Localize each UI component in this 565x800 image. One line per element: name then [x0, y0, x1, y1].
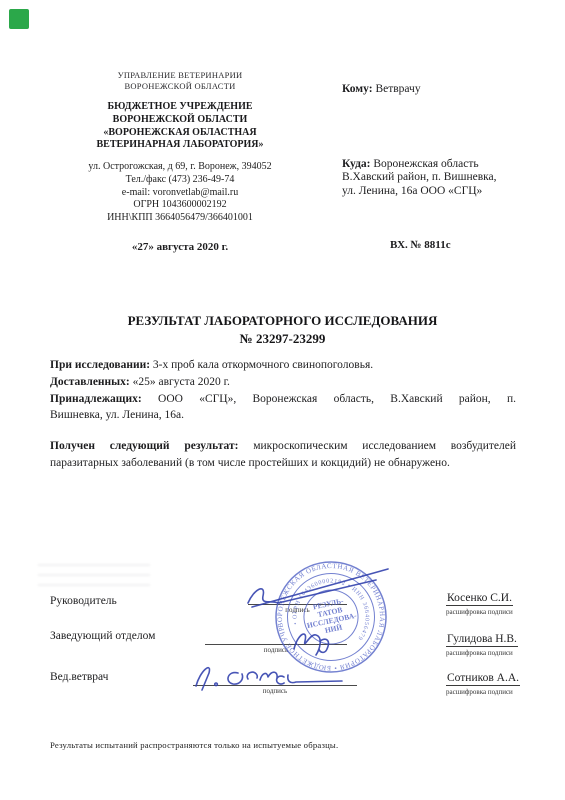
sender-header-block: УПРАВЛЕНИЕ ВЕТЕРИНАРИИ ВОРОНЕЖСКОЙ ОБЛАС…: [36, 70, 324, 253]
inn-kpp-line: ИНН\КПП 3664056479/366401001: [36, 212, 324, 225]
organization-line4: ВЕТЕРИНАРНАЯ ЛАБОРАТОРИЯ»: [36, 139, 324, 152]
signer-name-caption-1: расшифровка подписи: [446, 608, 513, 616]
contact-block: ул. Острогожская, д 69, г. Воронеж, 3940…: [36, 161, 324, 225]
footer-disclaimer: Результаты испытаний распространяются то…: [50, 740, 338, 750]
authority-name-line2: ВОРОНЕЖСКОЙ ОБЛАСТИ: [36, 81, 324, 92]
organization-line1: БЮДЖЕТНОЕ УЧРЕЖДЕНИЕ: [36, 101, 324, 114]
research-value: 3-х проб кала откормочного свинопоголовь…: [153, 359, 373, 371]
recipient-to-line: Кому: Ветврачу: [342, 83, 421, 95]
result-label: Получен следующий результат:: [50, 440, 238, 452]
where-label: Куда:: [342, 158, 370, 170]
green-corner-marker: [9, 9, 29, 29]
signer-name-1: Косенко С.И.: [446, 592, 513, 606]
where-line3: ул. Ленина, 16а ООО «СГЦ»: [342, 185, 556, 198]
handwritten-signatures: [180, 553, 405, 723]
belonging-paragraph-line2: Вишневка, ул. Ленина, 16а.: [50, 407, 516, 424]
phone-fax: Тел./факс (473) 236-49-74: [36, 174, 324, 187]
ogrn-line: ОГРН 1043600002192: [36, 199, 324, 212]
to-label: Кому:: [342, 83, 373, 95]
belonging-value-line1: ООО «СГЦ», Воронежская область, В.Хавски…: [158, 393, 516, 405]
organization-line3: «ВОРОНЕЖСКАЯ ОБЛАСТНАЯ: [36, 127, 324, 140]
document-page: УПРАВЛЕНИЕ ВЕТЕРИНАРИИ ВОРОНЕЖСКОЙ ОБЛАС…: [0, 0, 565, 800]
signer-name-2: Гулидова Н.В.: [446, 633, 518, 647]
signer-role-3: Вед.ветврач: [50, 671, 108, 683]
email-line: e-mail: voronvetlab@mail.ru: [36, 187, 324, 200]
where-line2: В.Хавский район, п. Вишневка,: [342, 171, 556, 184]
result-paragraph: Получен следующий результат: микроскопич…: [50, 438, 516, 472]
signer-name-caption-3: расшифровка подписи: [446, 688, 513, 696]
delivered-label: Доставленных:: [50, 376, 130, 388]
postal-address: ул. Острогожская, д 69, г. Воронеж, 3940…: [36, 161, 324, 174]
organization-line2: ВОРОНЕЖСКОЙ ОБЛАСТИ: [36, 114, 324, 127]
signer-role-2: Заведующий отделом: [50, 630, 155, 642]
title-line2: № 23297-23299: [0, 330, 565, 348]
signer-role-1: Руководитель: [50, 595, 117, 607]
recipient-address-block: Куда: Воронежская область В.Хавский райо…: [342, 158, 556, 198]
belonging-label: Принадлежащих:: [50, 393, 142, 405]
title-line1: РЕЗУЛЬТАТ ЛАБОРАТОРНОГО ИССЛЕДОВАНИЯ: [0, 312, 565, 330]
signature-stroke-director: [248, 569, 388, 607]
where-value1: Воронежская область: [373, 158, 478, 170]
belonging-paragraph-line1: Принадлежащих: ООО «СГЦ», Воронежская об…: [50, 391, 516, 408]
document-date: «27» августа 2020 г.: [36, 241, 324, 253]
scan-bleed-artifact: [38, 556, 150, 586]
research-label: При исследовании:: [50, 359, 150, 371]
delivered-value: «25» августа 2020 г.: [133, 376, 230, 388]
to-value: Ветврачу: [375, 83, 420, 95]
where-line1: Куда: Воронежская область: [342, 158, 556, 171]
signer-name-caption-2: расшифровка подписи: [446, 649, 513, 657]
document-body: При исследовании: 3-х проб кала откормоч…: [50, 357, 516, 472]
research-paragraph: При исследовании: 3-х проб кала откормоч…: [50, 357, 516, 374]
signer-name-3: Сотников А.А.: [446, 672, 520, 686]
organization-name: БЮДЖЕТНОЕ УЧРЕЖДЕНИЕ ВОРОНЕЖСКОЙ ОБЛАСТИ…: [36, 101, 324, 152]
incoming-registration-number: ВХ. № 8811с: [390, 239, 451, 251]
document-title: РЕЗУЛЬТАТ ЛАБОРАТОРНОГО ИССЛЕДОВАНИЯ № 2…: [0, 312, 565, 347]
signature-stroke-lead-vet: [196, 668, 342, 690]
signature-stroke-department-head: [294, 634, 328, 655]
authority-name-line1: УПРАВЛЕНИЕ ВЕТЕРИНАРИИ: [36, 70, 324, 81]
delivered-paragraph: Доставленных: «25» августа 2020 г.: [50, 374, 516, 391]
